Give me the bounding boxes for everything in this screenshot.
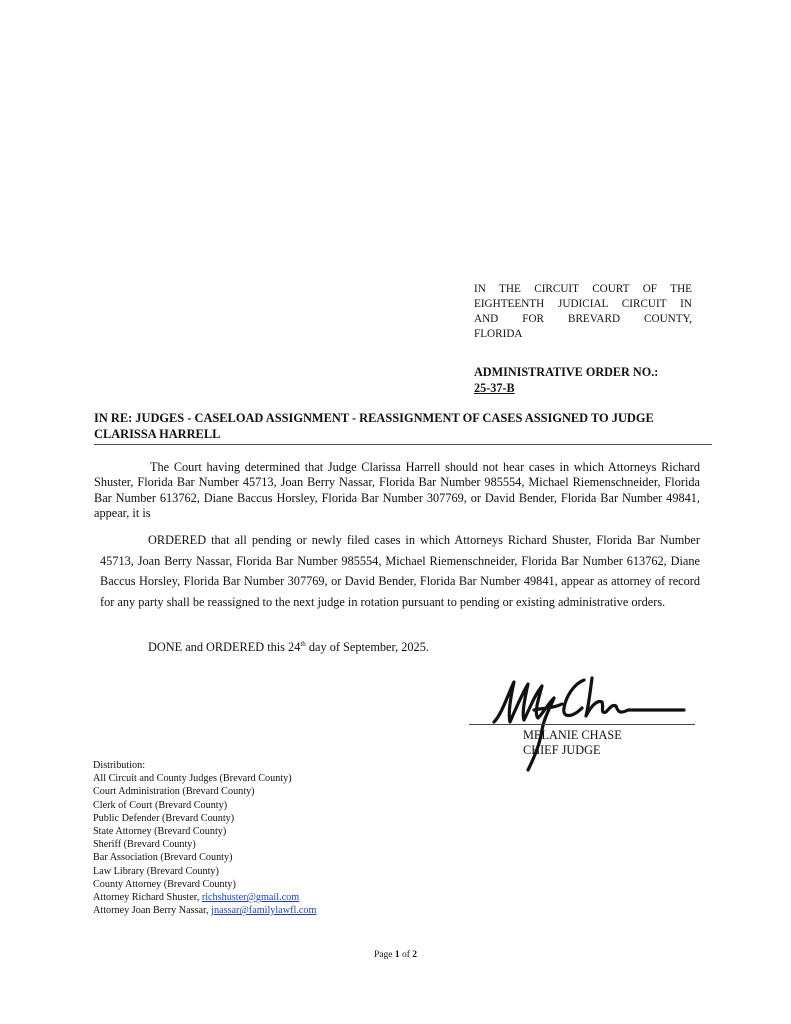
distribution-item: Clerk of Court (Brevard County) [93,799,316,812]
ordered-paragraph: ORDERED that all pending or newly filed … [100,530,700,612]
distribution-item: Law Library (Brevard County) [93,865,316,878]
order-label: ADMINISTRATIVE ORDER NO.: [474,364,704,380]
caption-line: IN THE CIRCUIT COURT OF THE [474,282,692,297]
distribution-item: Attorney Joan Berry Nassar, jnassar@fami… [93,904,316,917]
distribution-item: State Attorney (Brevard County) [93,825,316,838]
in-re-heading: IN RE: JUDGES - CASELOAD ASSIGNMENT - RE… [94,410,712,445]
distribution-item: Court Administration (Brevard County) [93,785,316,798]
signatory-title: CHIEF JUDGE [523,743,622,758]
order-number: 25-37-B [474,381,515,395]
done-and-ordered: DONE and ORDERED this 24th day of Septem… [148,640,429,655]
recital-paragraph: The Court having determined that Judge C… [94,460,700,522]
signatory: MELANIE CHASE CHIEF JUDGE [523,728,622,758]
distribution-item: Attorney Richard Shuster, richshuster@gm… [93,891,316,904]
signatory-name: MELANIE CHASE [523,728,622,743]
email-link-shuster[interactable]: richshuster@gmail.com [202,892,299,903]
distribution-item: All Circuit and County Judges (Brevard C… [93,772,316,785]
administrative-order-number: ADMINISTRATIVE ORDER NO.: 25-37-B [474,364,704,396]
distribution-item: County Attorney (Brevard County) [93,878,316,891]
caption-line: AND FOR BREVARD COUNTY, [474,312,692,327]
caption-line: EIGHTEENTH JUDICIAL CIRCUIT IN [474,297,692,312]
page-number: Page 1 of 2 [0,950,791,960]
distribution-list: Distribution: All Circuit and County Jud… [93,759,316,917]
court-caption: IN THE CIRCUIT COURT OF THE EIGHTEENTH J… [474,282,692,342]
distribution-item: Public Defender (Brevard County) [93,812,316,825]
distribution-item: Sheriff (Brevard County) [93,838,316,851]
distribution-item: Bar Association (Brevard County) [93,851,316,864]
email-link-nassar[interactable]: jnassar@familylawfl.com [211,905,316,916]
distribution-heading: Distribution: [93,759,316,772]
caption-line: FLORIDA [474,327,692,342]
signature-line [469,724,695,725]
